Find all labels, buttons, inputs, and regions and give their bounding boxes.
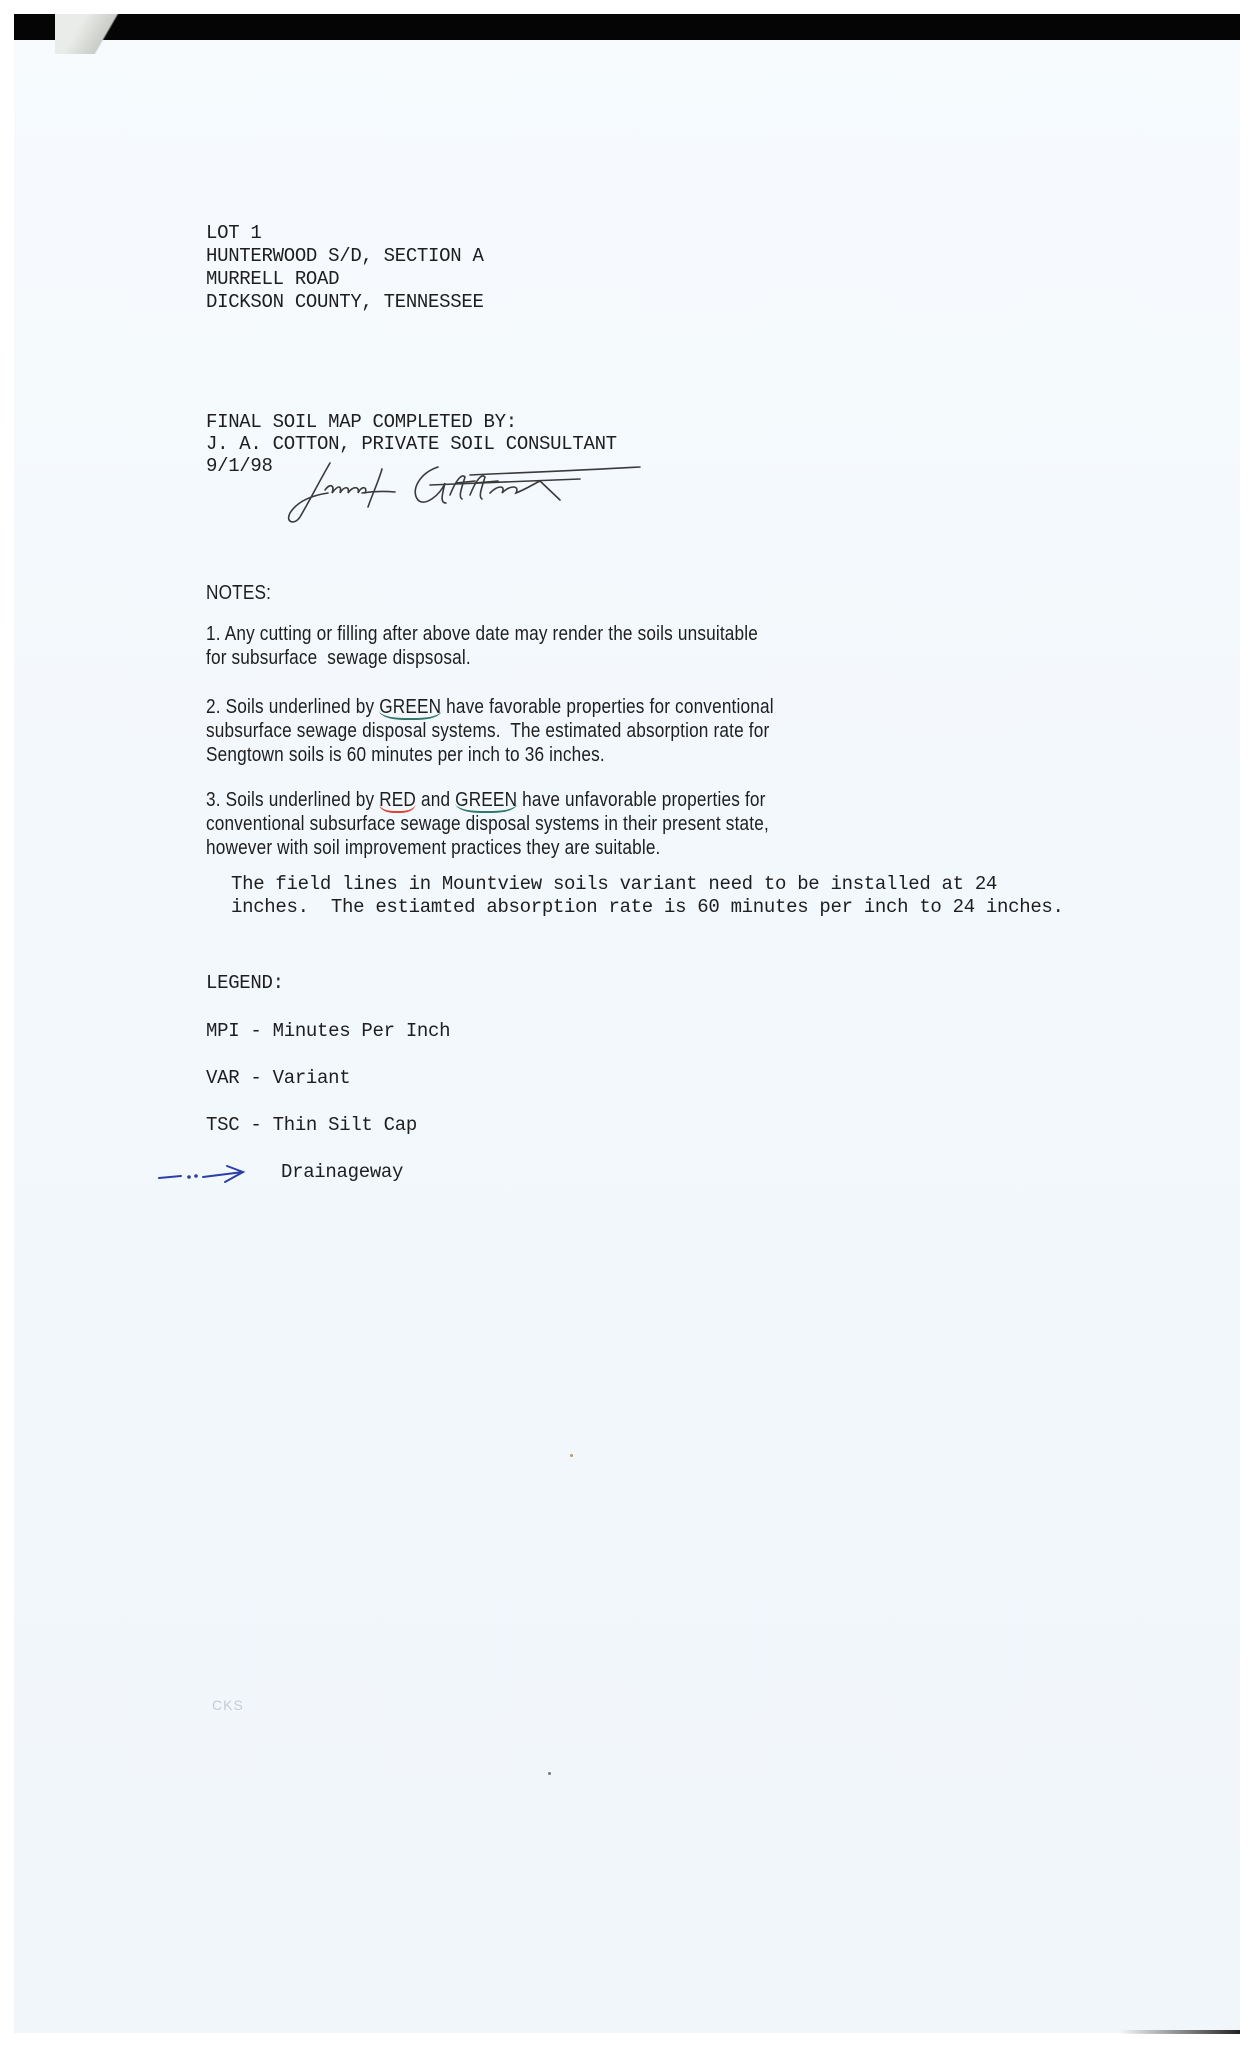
note-4-line-2: inches. The estiamted absorption rate is…	[231, 896, 1064, 918]
legend-item-drainageway: Drainageway	[281, 1161, 403, 1183]
legend-item-var: VAR - Variant	[206, 1067, 350, 1089]
county: DICKSON COUNTY, TENNESSEE	[206, 291, 484, 313]
subdivision: HUNTERWOOD S/D, SECTION A	[206, 245, 484, 267]
note-1-line-1: 1. Any cutting or filling after above da…	[206, 623, 758, 645]
faint-stamp: CKS	[212, 1697, 244, 1713]
road: MURRELL ROAD	[206, 268, 339, 290]
dashed-arrow-icon	[155, 1162, 247, 1186]
lot-number: LOT 1	[206, 222, 262, 244]
legend-item-mpi: MPI - Minutes Per Inch	[206, 1020, 450, 1042]
completed-by-label: FINAL SOIL MAP COMPLETED BY:	[206, 411, 517, 433]
legend-heading: LEGEND:	[206, 972, 284, 994]
scan-bottom-shadow	[1120, 2030, 1240, 2034]
scanned-page	[14, 14, 1240, 2033]
note-3-prefix: 3. Soils underlined by	[206, 789, 379, 811]
notes-heading: NOTES:	[206, 582, 271, 604]
note-3-line-3: however with soil improvement practices …	[206, 837, 661, 859]
green-underlined-word: GREEN	[455, 789, 517, 813]
note-3-line-2: conventional subsurface sewage disposal …	[206, 813, 769, 835]
paper-speck	[548, 1772, 551, 1775]
paper-speck	[570, 1454, 573, 1457]
note-2-prefix: 2. Soils underlined by	[206, 696, 379, 718]
note-2-line-2: subsurface sewage disposal systems. The …	[206, 720, 769, 742]
red-underlined-word: RED	[379, 789, 416, 813]
note-3-suffix: have unfavorable properties for	[517, 789, 765, 811]
note-4-line-1: The field lines in Mountview soils varia…	[231, 873, 997, 895]
note-1-line-2: for subsurface sewage dispsosal.	[206, 647, 471, 669]
signature-icon	[270, 455, 650, 530]
note-2-suffix: have favorable properties for convention…	[441, 696, 773, 718]
consultant-name: J. A. COTTON, PRIVATE SOIL CONSULTANT	[206, 433, 617, 455]
note-3-middle: and	[416, 789, 455, 811]
completion-date: 9/1/98	[206, 455, 273, 477]
green-underlined-word: GREEN	[379, 696, 441, 720]
note-2-line-1: 2. Soils underlined by GREEN have favora…	[206, 696, 774, 718]
legend-item-tsc: TSC - Thin Silt Cap	[206, 1114, 417, 1136]
folded-corner	[55, 14, 135, 54]
scan-top-border	[14, 14, 1240, 40]
note-3-line-1: 3. Soils underlined by RED and GREEN hav…	[206, 789, 766, 811]
note-2-line-3: Sengtown soils is 60 minutes per inch to…	[206, 744, 605, 766]
